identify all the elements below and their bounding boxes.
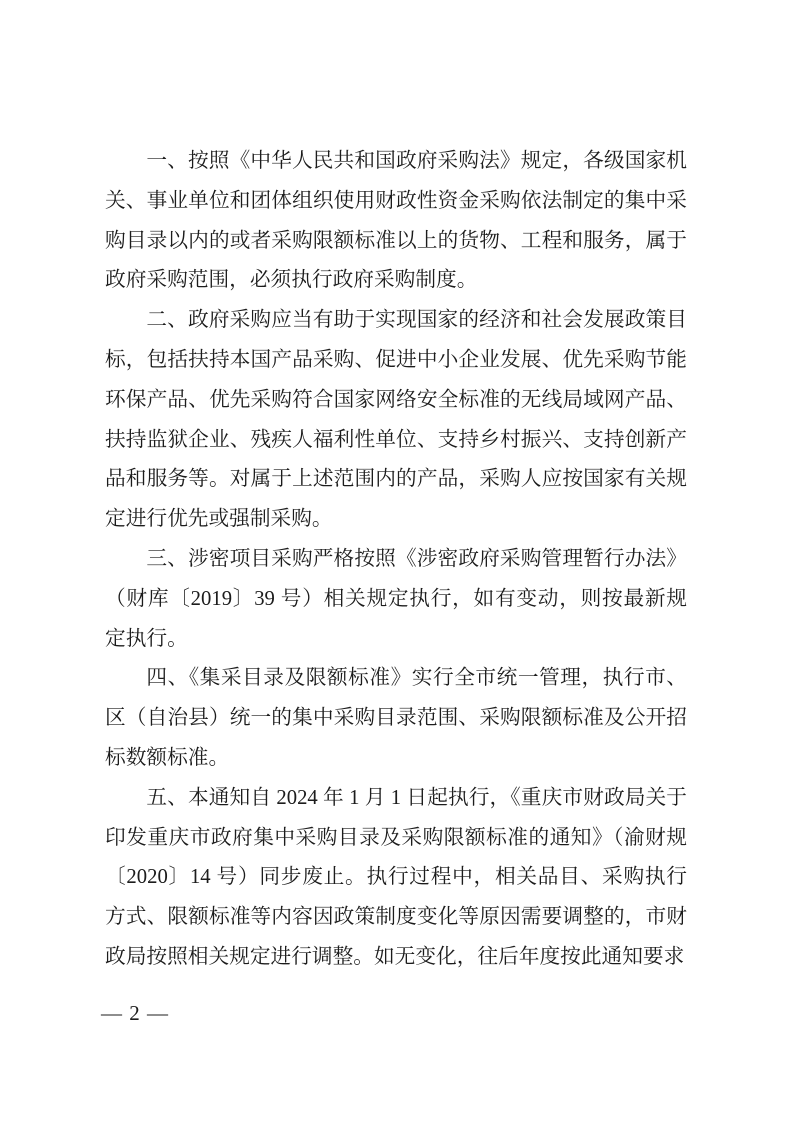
paragraph-3: 三、涉密项目采购严格按照《涉密政府采购管理暂行办法》（财库〔2019〕39 号）… [105, 540, 687, 659]
document-page: 一、按照《中华人民共和国政府采购法》规定，各级国家机关、事业单位和团体组织使用财… [0, 0, 794, 1123]
paragraph-4: 四、《集采目录及限额标准》实行全市统一管理，执行市、区（自治县）统一的集中采购目… [105, 659, 687, 778]
document-body: 一、按照《中华人民共和国政府采购法》规定，各级国家机关、事业单位和团体组织使用财… [105, 142, 687, 978]
paragraph-1: 一、按照《中华人民共和国政府采购法》规定，各级国家机关、事业单位和团体组织使用财… [105, 142, 687, 301]
paragraph-5: 五、本通知自 2024 年 1 月 1 日起执行，《重庆市财政局关于印发重庆市政… [105, 779, 687, 978]
page-number: — 2 — [101, 998, 169, 1028]
paragraph-2: 二、政府采购应当有助于实现国家的经济和社会发展政策目标，包括扶持本国产品采购、促… [105, 301, 687, 540]
